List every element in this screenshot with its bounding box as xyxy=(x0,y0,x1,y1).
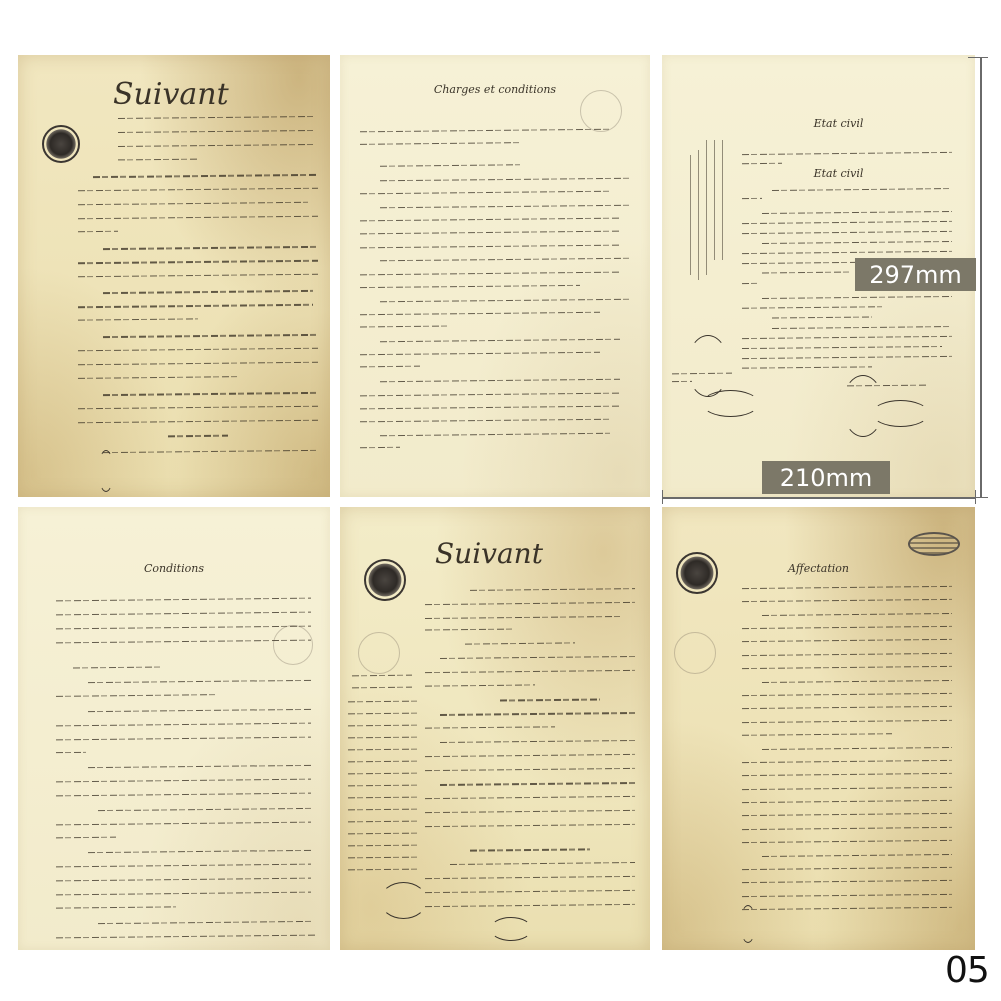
height-dimension-line xyxy=(980,57,982,498)
signature-flourish xyxy=(687,335,729,397)
signature-flourish xyxy=(702,390,759,417)
height-label: 297mm xyxy=(855,258,976,291)
faint-seal-icon xyxy=(580,90,622,132)
sheet-heading: Suivant xyxy=(435,537,650,570)
faint-seal-icon xyxy=(358,632,400,674)
document-sheet-5: Suivant xyxy=(340,507,650,950)
seal-stamp-icon xyxy=(42,125,80,163)
signature-flourish xyxy=(872,400,929,427)
sheet-heading: Etat civil xyxy=(702,117,975,130)
width-dimension-cap-left xyxy=(662,490,663,504)
document-sheet-2: Charges et conditions xyxy=(340,55,650,497)
width-dimension-line xyxy=(662,497,976,499)
sheet-heading: Affectation xyxy=(662,562,975,575)
sheet-heading: Conditions xyxy=(18,562,330,575)
oval-stamp-icon xyxy=(908,532,960,556)
document-sheet-4: Conditions xyxy=(18,507,330,950)
signature-flourish xyxy=(98,450,114,492)
width-label: 210mm xyxy=(762,461,890,494)
seal-stamp-icon xyxy=(364,559,406,601)
faint-seal-icon xyxy=(273,625,313,665)
sheet-heading: Suivant xyxy=(113,77,330,112)
variant-number: 05 xyxy=(945,950,989,991)
sheet-subheading: Etat civil xyxy=(702,167,975,180)
faint-seal-icon xyxy=(674,632,716,674)
document-sheet-1: Suivant xyxy=(18,55,330,497)
signature-flourish xyxy=(490,917,532,941)
document-sheet-6: Affectation xyxy=(662,507,975,950)
signature-flourish xyxy=(740,905,756,943)
signature-flourish xyxy=(380,882,427,919)
height-dimension-cap-top xyxy=(968,57,988,58)
width-dimension-cap-right xyxy=(975,490,976,504)
